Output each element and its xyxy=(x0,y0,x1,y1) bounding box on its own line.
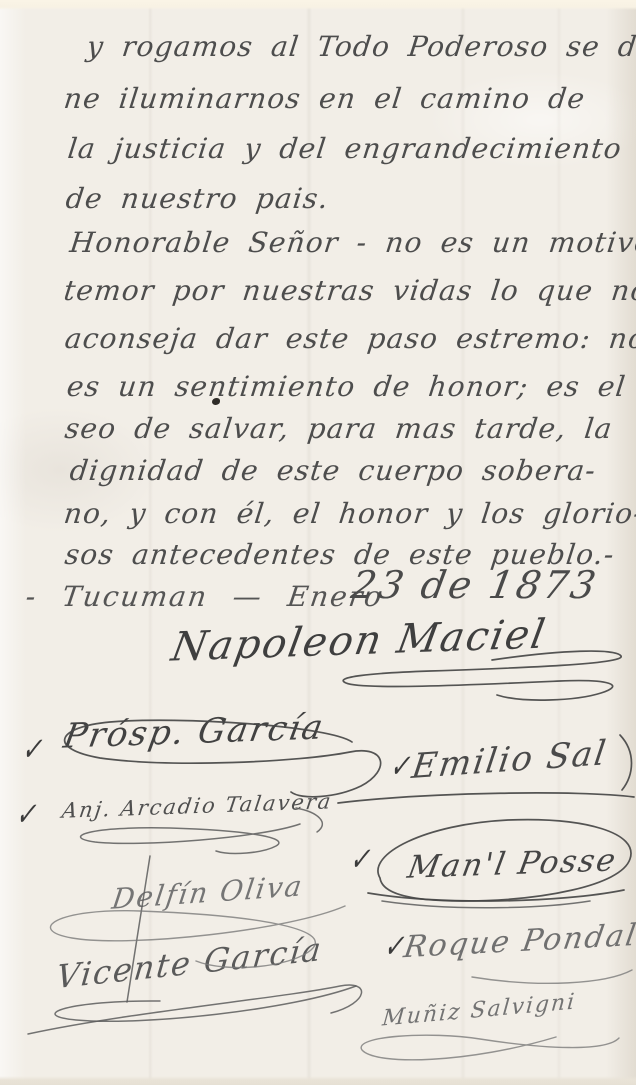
check-mark-icon: ✓ xyxy=(13,795,43,833)
signature-name: Vicente García xyxy=(55,930,325,997)
signature-name: Napoleon Maciel xyxy=(168,611,550,670)
date-place: - Tucuman — Enero xyxy=(24,580,386,613)
signature-manuel-posse: Man'l Posse xyxy=(405,842,620,886)
signature-prosp-garcia: Prósp. García xyxy=(61,707,328,756)
signature-name: Emilio Sal xyxy=(409,733,610,787)
flourish-emilio-underline xyxy=(338,793,634,803)
signature-name: Roque Pondal xyxy=(401,918,636,966)
manuscript-line: dignidad de este cuerpo sobera- xyxy=(68,454,598,487)
date-value: 23 de 1873 xyxy=(348,563,602,607)
signature-roque-pondal: Roque Pondal xyxy=(401,918,636,966)
signature-napoleon-maciel: Napoleon Maciel xyxy=(168,611,550,670)
manuscript-line: de nuestro pais. xyxy=(64,182,331,215)
signature-delfin-oliva: Delfín Oliva xyxy=(110,869,306,916)
check-mark-icon: ✓ xyxy=(347,840,377,878)
ink-blot xyxy=(212,398,220,405)
signature-name: Prósp. García xyxy=(61,707,328,756)
flourish-talavera xyxy=(81,824,300,853)
flourish-posse-underline-2 xyxy=(382,901,590,908)
signature-muniz-salvigni: Muñiz Salvigni xyxy=(381,989,577,1031)
check-mark-icon: ✓ xyxy=(19,730,49,768)
signature-vicente-garcia: Vicente García xyxy=(55,930,325,997)
signature-name: Delfín Oliva xyxy=(110,869,306,916)
manuscript-line: aconseja dar este paso estremo: no- xyxy=(63,322,636,355)
manuscript-page: y rogamos al Todo Poderoso se dig ne ilu… xyxy=(0,0,636,1085)
manuscript-line: Honorable Señor - no es un motivo de xyxy=(68,226,636,259)
flourish-pondal-underline xyxy=(472,970,632,983)
manuscript-line: seo de salvar, para mas tarde, la xyxy=(63,412,615,445)
manuscript-line: la justicia y del engrandecimiento xyxy=(66,132,624,165)
flourish-posse-underline-1 xyxy=(368,890,624,901)
signature-name: Man'l Posse xyxy=(405,842,620,886)
manuscript-line: temor por nuestras vidas lo que nos xyxy=(62,274,636,307)
signature-name: Anj. Arcadio Talavera xyxy=(60,789,334,823)
signature-name: Muñiz Salvigni xyxy=(381,989,577,1031)
flourish-emilio-curl xyxy=(620,735,632,790)
flourish-salvigni xyxy=(361,1035,619,1060)
manuscript-line: y rogamos al Todo Poderoso se dig xyxy=(85,30,636,63)
manuscript-line: es un sentimiento de honor; es el de xyxy=(65,370,636,403)
manuscript-line: no, y con él, el honor y los glorio- xyxy=(62,497,636,530)
signature-arcadio-talavera: Anj. Arcadio Talavera xyxy=(60,789,334,823)
signature-emilio-sal: Emilio Sal xyxy=(409,733,610,787)
manuscript-line: ne iluminarnos en el camino de xyxy=(62,82,587,115)
